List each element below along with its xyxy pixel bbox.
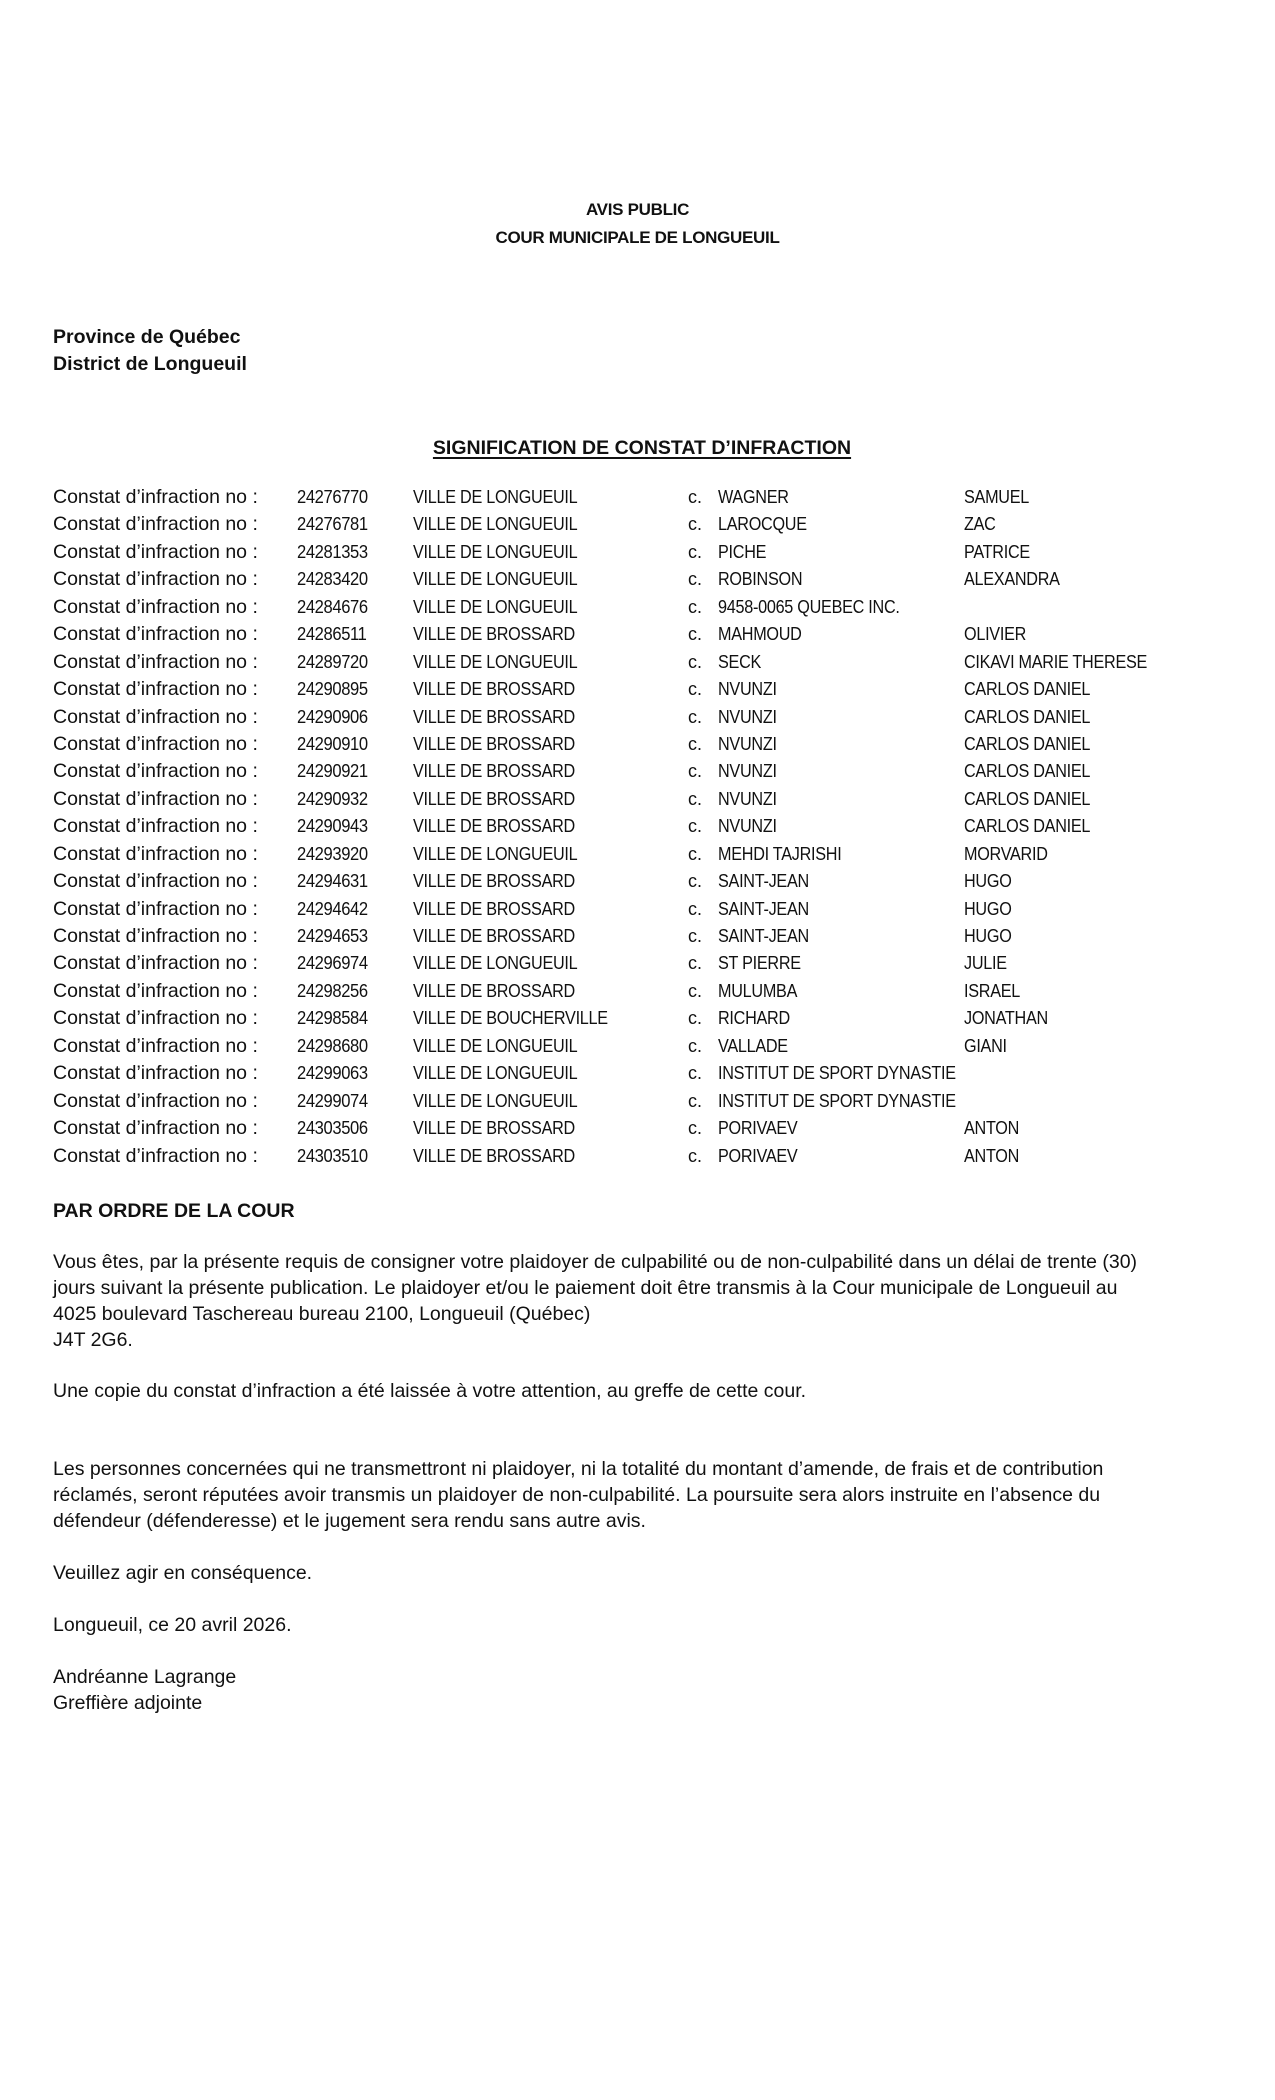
defendant-last-name: LAROCQUE [718, 512, 807, 536]
paragraph-line: J4T 2G6. [53, 1327, 1233, 1353]
infraction-number: 24276781 [297, 512, 368, 536]
paragraph-line: réclamés, seront réputées avoir transmis… [53, 1482, 1233, 1508]
paragraph-line: jours suivant la présente publication. L… [53, 1275, 1233, 1301]
row-label: Constat d’infraction no : [53, 814, 258, 838]
infraction-number: 24303510 [297, 1144, 368, 1168]
infraction-row: Constat d’infraction no :24293920VILLE D… [0, 842, 1275, 869]
row-label: Constat d’infraction no : [53, 1089, 258, 1113]
defendant-first-name: OLIVIER [964, 622, 1026, 646]
defendant-last-name: NVUNZI [718, 705, 777, 729]
defendant-last-name: SAINT-JEAN [718, 924, 809, 948]
plaintiff-city: VILLE DE BOUCHERVILLE [413, 1006, 608, 1030]
plaintiff-city: VILLE DE LONGUEUIL [413, 567, 577, 591]
versus-marker: c. [688, 869, 702, 893]
infraction-number: 24298584 [297, 1006, 368, 1030]
infraction-number: 24294653 [297, 924, 368, 948]
district-label: District de Longueuil [53, 351, 247, 378]
row-label: Constat d’infraction no : [53, 622, 258, 646]
infraction-row: Constat d’infraction no :24276781VILLE D… [0, 512, 1275, 539]
infraction-row: Constat d’infraction no :24294631VILLE D… [0, 869, 1275, 896]
plaintiff-city: VILLE DE LONGUEUIL [413, 650, 577, 674]
versus-marker: c. [688, 1061, 702, 1085]
paragraph-act-accordingly: Veuillez agir en conséquence. [53, 1560, 1233, 1586]
paragraph-copy-notice: Une copie du constat d’infraction a été … [53, 1378, 1233, 1404]
row-label: Constat d’infraction no : [53, 677, 258, 701]
defendant-first-name: CARLOS DANIEL [964, 732, 1090, 756]
defendant-last-name: MEHDI TAJRISHI [718, 842, 841, 866]
infraction-number: 24290921 [297, 759, 368, 783]
defendant-last-name: RICHARD [718, 1006, 790, 1030]
infraction-row: Constat d’infraction no :24290921VILLE D… [0, 759, 1275, 786]
defendant-last-name: PORIVAEV [718, 1144, 797, 1168]
defendant-last-name: SAINT-JEAN [718, 869, 809, 893]
versus-marker: c. [688, 677, 702, 701]
infraction-row: Constat d’infraction no :24289720VILLE D… [0, 650, 1275, 677]
plaintiff-city: VILLE DE LONGUEUIL [413, 1061, 577, 1085]
order-heading: PAR ORDRE DE LA COUR [53, 1198, 295, 1224]
plaintiff-city: VILLE DE BROSSARD [413, 787, 575, 811]
row-label: Constat d’infraction no : [53, 869, 258, 893]
defendant-last-name: SAINT-JEAN [718, 897, 809, 921]
versus-marker: c. [688, 814, 702, 838]
versus-marker: c. [688, 1116, 702, 1140]
plaintiff-city: VILLE DE BROSSARD [413, 924, 575, 948]
infraction-row: Constat d’infraction no :24290943VILLE D… [0, 814, 1275, 841]
versus-marker: c. [688, 705, 702, 729]
plaintiff-city: VILLE DE BROSSARD [413, 705, 575, 729]
defendant-last-name: NVUNZI [718, 677, 777, 701]
versus-marker: c. [688, 897, 702, 921]
versus-marker: c. [688, 842, 702, 866]
infraction-number: 24296974 [297, 951, 368, 975]
versus-marker: c. [688, 485, 702, 509]
infraction-row: Constat d’infraction no :24303506VILLE D… [0, 1116, 1275, 1143]
versus-marker: c. [688, 787, 702, 811]
date-line: Longueuil, ce 20 avril 2026. [53, 1612, 1233, 1638]
row-label: Constat d’infraction no : [53, 979, 258, 1003]
defendant-first-name: ANTON [964, 1144, 1019, 1168]
infraction-row: Constat d’infraction no :24290932VILLE D… [0, 787, 1275, 814]
infraction-number: 24276770 [297, 485, 368, 509]
plaintiff-city: VILLE DE BROSSARD [413, 1144, 575, 1168]
defendant-first-name: ISRAEL [964, 979, 1020, 1003]
defendant-last-name: NVUNZI [718, 759, 777, 783]
province-label: Province de Québec [53, 324, 241, 351]
infraction-number: 24283420 [297, 567, 368, 591]
versus-marker: c. [688, 540, 702, 564]
paragraph-line: Les personnes concernées qui ne transmet… [53, 1456, 1233, 1482]
infraction-number: 24294631 [297, 869, 368, 893]
plaintiff-city: VILLE DE BROSSARD [413, 677, 575, 701]
defendant-first-name: JONATHAN [964, 1006, 1048, 1030]
row-label: Constat d’infraction no : [53, 1061, 258, 1085]
defendant-first-name: HUGO [964, 869, 1012, 893]
defendant-first-name: ANTON [964, 1116, 1019, 1140]
signatory-name: Andréanne Lagrange [53, 1664, 1233, 1690]
infraction-row: Constat d’infraction no :24299063VILLE D… [0, 1061, 1275, 1088]
defendant-last-name: SECK [718, 650, 761, 674]
infraction-number: 24281353 [297, 540, 368, 564]
row-label: Constat d’infraction no : [53, 842, 258, 866]
defendant-last-name: PORIVAEV [718, 1116, 797, 1140]
section-title: SIGNIFICATION DE CONSTAT D’INFRACTION [0, 436, 1275, 460]
versus-marker: c. [688, 1089, 702, 1113]
infraction-number: 24290895 [297, 677, 368, 701]
plaintiff-city: VILLE DE BROSSARD [413, 1116, 575, 1140]
defendant-first-name: CIKAVI MARIE THERESE [964, 650, 1147, 674]
plaintiff-city: VILLE DE LONGUEUIL [413, 951, 577, 975]
defendant-last-name: INSTITUT DE SPORT DYNASTIE [718, 1061, 956, 1085]
row-label: Constat d’infraction no : [53, 897, 258, 921]
infraction-row: Constat d’infraction no :24294642VILLE D… [0, 897, 1275, 924]
defendant-last-name: WAGNER [718, 485, 789, 509]
defendant-first-name: CARLOS DANIEL [964, 814, 1090, 838]
versus-marker: c. [688, 924, 702, 948]
infraction-row: Constat d’infraction no :24286511VILLE D… [0, 622, 1275, 649]
versus-marker: c. [688, 1006, 702, 1030]
infraction-number: 24303506 [297, 1116, 368, 1140]
versus-marker: c. [688, 732, 702, 756]
public-notice-page: AVIS PUBLIC COUR MUNICIPALE DE LONGUEUIL… [0, 0, 1275, 2100]
defendant-last-name: 9458-0065 QUEBEC INC. [718, 595, 900, 619]
versus-marker: c. [688, 650, 702, 674]
defendant-first-name: HUGO [964, 897, 1012, 921]
defendant-first-name: CARLOS DANIEL [964, 787, 1090, 811]
infraction-number: 24298256 [297, 979, 368, 1003]
plaintiff-city: VILLE DE LONGUEUIL [413, 842, 577, 866]
plaintiff-city: VILLE DE BROSSARD [413, 897, 575, 921]
signatory-title: Greffière adjointe [53, 1690, 1233, 1716]
paragraph-plea-instructions: Vous êtes, par la présente requis de con… [53, 1249, 1233, 1353]
row-label: Constat d’infraction no : [53, 567, 258, 591]
paragraph-line: Vous êtes, par la présente requis de con… [53, 1249, 1233, 1275]
notice-header-court: COUR MUNICIPALE DE LONGUEUIL [0, 228, 1275, 248]
infraction-row: Constat d’infraction no :24296974VILLE D… [0, 951, 1275, 978]
row-label: Constat d’infraction no : [53, 1006, 258, 1030]
infraction-row: Constat d’infraction no :24299074VILLE D… [0, 1089, 1275, 1116]
plaintiff-city: VILLE DE LONGUEUIL [413, 512, 577, 536]
defendant-first-name: CARLOS DANIEL [964, 759, 1090, 783]
infraction-number: 24286511 [297, 622, 367, 646]
infraction-number: 24299074 [297, 1089, 368, 1113]
row-label: Constat d’infraction no : [53, 924, 258, 948]
defendant-last-name: MULUMBA [718, 979, 797, 1003]
infraction-number: 24290906 [297, 705, 368, 729]
paragraph-line: 4025 boulevard Taschereau bureau 2100, L… [53, 1301, 1233, 1327]
defendant-first-name: ZAC [964, 512, 996, 536]
plaintiff-city: VILLE DE LONGUEUIL [413, 1034, 577, 1058]
infraction-list: Constat d’infraction no :24276770VILLE D… [0, 485, 1275, 1171]
notice-header-title: AVIS PUBLIC [0, 200, 1275, 220]
infraction-row: Constat d’infraction no :24290906VILLE D… [0, 705, 1275, 732]
infraction-number: 24290910 [297, 732, 368, 756]
versus-marker: c. [688, 951, 702, 975]
defendant-last-name: MAHMOUD [718, 622, 802, 646]
infraction-number: 24299063 [297, 1061, 368, 1085]
versus-marker: c. [688, 567, 702, 591]
infraction-row: Constat d’infraction no :24290895VILLE D… [0, 677, 1275, 704]
plaintiff-city: VILLE DE LONGUEUIL [413, 540, 577, 564]
defendant-last-name: NVUNZI [718, 814, 777, 838]
defendant-last-name: NVUNZI [718, 732, 777, 756]
versus-marker: c. [688, 595, 702, 619]
row-label: Constat d’infraction no : [53, 595, 258, 619]
defendant-first-name: MORVARID [964, 842, 1048, 866]
infraction-row: Constat d’infraction no :24294653VILLE D… [0, 924, 1275, 951]
defendant-last-name: VALLADE [718, 1034, 788, 1058]
row-label: Constat d’infraction no : [53, 759, 258, 783]
defendant-last-name: ROBINSON [718, 567, 802, 591]
plaintiff-city: VILLE DE LONGUEUIL [413, 1089, 577, 1113]
infraction-number: 24293920 [297, 842, 368, 866]
defendant-first-name: JULIE [964, 951, 1007, 975]
row-label: Constat d’infraction no : [53, 485, 258, 509]
row-label: Constat d’infraction no : [53, 705, 258, 729]
row-label: Constat d’infraction no : [53, 512, 258, 536]
defendant-first-name: PATRICE [964, 540, 1030, 564]
infraction-row: Constat d’infraction no :24283420VILLE D… [0, 567, 1275, 594]
infraction-row: Constat d’infraction no :24281353VILLE D… [0, 540, 1275, 567]
row-label: Constat d’infraction no : [53, 732, 258, 756]
infraction-number: 24290932 [297, 787, 368, 811]
infraction-row: Constat d’infraction no :24284676VILLE D… [0, 595, 1275, 622]
plaintiff-city: VILLE DE BROSSARD [413, 759, 575, 783]
infraction-number: 24284676 [297, 595, 368, 619]
versus-marker: c. [688, 1034, 702, 1058]
infraction-row: Constat d’infraction no :24298256VILLE D… [0, 979, 1275, 1006]
defendant-first-name: SAMUEL [964, 485, 1029, 509]
versus-marker: c. [688, 1144, 702, 1168]
infraction-row: Constat d’infraction no :24303510VILLE D… [0, 1144, 1275, 1171]
plaintiff-city: VILLE DE BROSSARD [413, 979, 575, 1003]
plaintiff-city: VILLE DE LONGUEUIL [413, 595, 577, 619]
infraction-row: Constat d’infraction no :24276770VILLE D… [0, 485, 1275, 512]
plaintiff-city: VILLE DE BROSSARD [413, 732, 575, 756]
defendant-first-name: CARLOS DANIEL [964, 677, 1090, 701]
infraction-number: 24290943 [297, 814, 368, 838]
versus-marker: c. [688, 622, 702, 646]
paragraph-default-consequence: Les personnes concernées qui ne transmet… [53, 1456, 1233, 1534]
defendant-first-name: CARLOS DANIEL [964, 705, 1090, 729]
infraction-row: Constat d’infraction no :24298680VILLE D… [0, 1034, 1275, 1061]
defendant-first-name: GIANI [964, 1034, 1007, 1058]
versus-marker: c. [688, 512, 702, 536]
plaintiff-city: VILLE DE LONGUEUIL [413, 485, 577, 509]
versus-marker: c. [688, 759, 702, 783]
row-label: Constat d’infraction no : [53, 540, 258, 564]
defendant-first-name: ALEXANDRA [964, 567, 1060, 591]
plaintiff-city: VILLE DE BROSSARD [413, 622, 575, 646]
defendant-first-name: HUGO [964, 924, 1012, 948]
versus-marker: c. [688, 979, 702, 1003]
infraction-number: 24294642 [297, 897, 368, 921]
row-label: Constat d’infraction no : [53, 1034, 258, 1058]
plaintiff-city: VILLE DE BROSSARD [413, 869, 575, 893]
plaintiff-city: VILLE DE BROSSARD [413, 814, 575, 838]
infraction-number: 24289720 [297, 650, 368, 674]
row-label: Constat d’infraction no : [53, 1116, 258, 1140]
defendant-last-name: INSTITUT DE SPORT DYNASTIE [718, 1089, 956, 1113]
infraction-row: Constat d’infraction no :24290910VILLE D… [0, 732, 1275, 759]
infraction-row: Constat d’infraction no :24298584VILLE D… [0, 1006, 1275, 1033]
defendant-last-name: PICHE [718, 540, 766, 564]
defendant-last-name: NVUNZI [718, 787, 777, 811]
row-label: Constat d’infraction no : [53, 951, 258, 975]
paragraph-line: défendeur (défenderesse) et le jugement … [53, 1508, 1233, 1534]
defendant-last-name: ST PIERRE [718, 951, 801, 975]
row-label: Constat d’infraction no : [53, 650, 258, 674]
infraction-number: 24298680 [297, 1034, 368, 1058]
row-label: Constat d’infraction no : [53, 787, 258, 811]
row-label: Constat d’infraction no : [53, 1144, 258, 1168]
